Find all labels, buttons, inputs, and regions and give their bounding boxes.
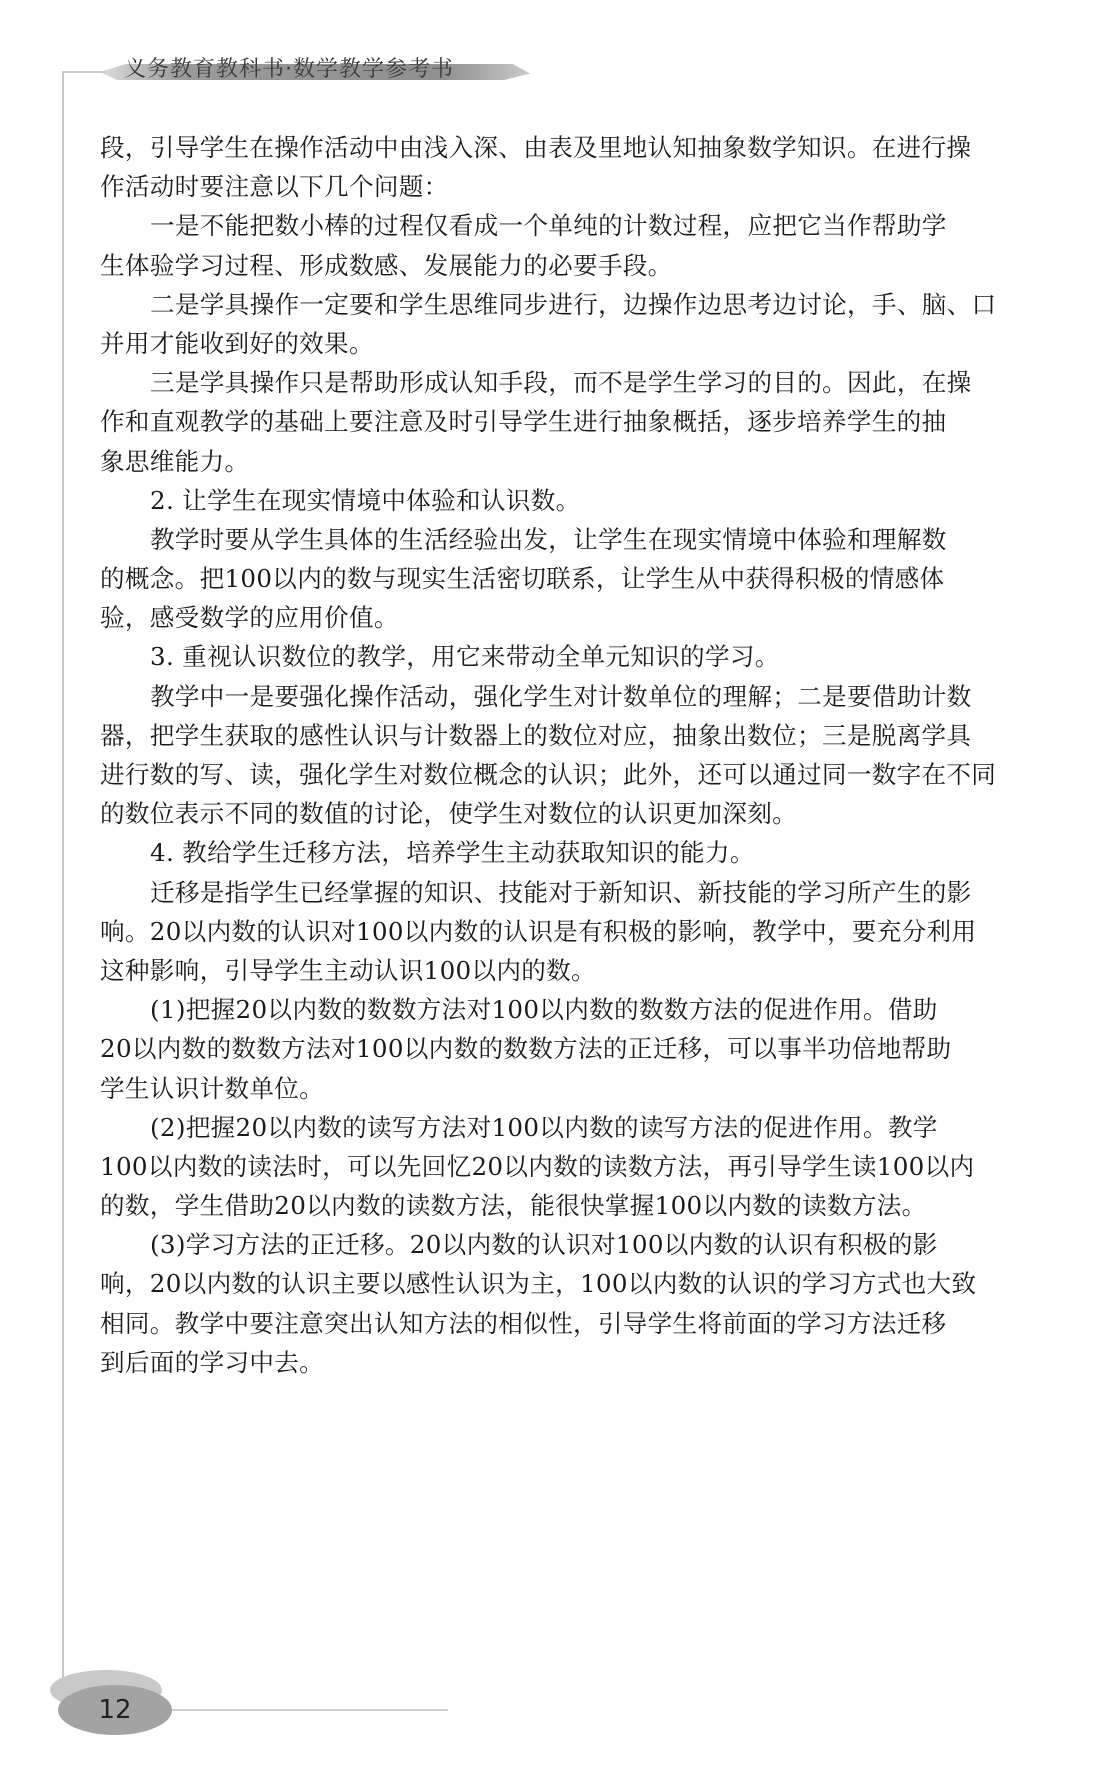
- text-line: 作活动时要注意以下几个问题：: [100, 167, 1090, 206]
- text-line: (2)把握20以内数的读写方法对100以内数的读写方法的促进作用。教学: [100, 1108, 1090, 1147]
- text-line: 响。20以内数的认识对100以内数的认识是有积极的影响，教学中，要充分利用: [100, 912, 1090, 951]
- text-line: 迁移是指学生已经掌握的知识、技能对于新知识、新技能的学习所产生的影: [100, 873, 1090, 912]
- page-number: 12: [58, 1685, 172, 1735]
- text-line: 的概念。把100以内的数与现实生活密切联系，让学生从中获得积极的情感体: [100, 559, 1090, 598]
- text-line: 一是不能把数小棒的过程仅看成一个单纯的计数过程，应把它当作帮助学: [100, 206, 1090, 245]
- text-line: 的数位表示不同的数值的讨论，使学生对数位的认识更加深刻。: [100, 794, 1090, 833]
- text-line: 三是学具操作只是帮助形成认知手段，而不是学生学习的目的。因此，在操: [100, 363, 1090, 402]
- text-line: 教学中一是要强化操作活动，强化学生对计数单位的理解；二是要借助计数: [100, 677, 1090, 716]
- section-heading: 2. 让学生在现实情境中体验和认识数。: [100, 481, 1090, 520]
- frame-left-line: [62, 71, 64, 1681]
- section-heading: 4. 教给学生迁移方法，培养学生主动获取知识的能力。: [100, 833, 1090, 872]
- text-line: 到后面的学习中去。: [100, 1343, 1090, 1382]
- text-line: 学生认识计数单位。: [100, 1069, 1090, 1108]
- text-line: (3)学习方法的正迁移。20以内数的认识对100以内数的认识有积极的影: [100, 1225, 1090, 1264]
- text-line: 象思维能力。: [100, 442, 1090, 481]
- text-line: 段，引导学生在操作活动中由浅入深、由表及里地认知抽象数学知识。在进行操: [100, 128, 1090, 167]
- frame-bottom-line: [168, 1709, 448, 1711]
- text-line: 验，感受数学的应用价值。: [100, 598, 1090, 637]
- frame-top-line: [62, 71, 106, 73]
- text-line: 100以内数的读法时，可以先回忆20以内数的读数方法，再引导学生读100以内: [100, 1147, 1090, 1186]
- text-line: 的数，学生借助20以内数的读数方法，能很快掌握100以内数的读数方法。: [100, 1186, 1090, 1225]
- section-heading: 3. 重视认识数位的教学，用它来带动全单元知识的学习。: [100, 637, 1090, 676]
- text-line: 器，把学生获取的感性认识与计数器上的数位对应，抽象出数位；三是脱离学具: [100, 716, 1090, 755]
- text-line: 并用才能收到好的效果。: [100, 324, 1090, 363]
- text-line: 响，20以内数的认识主要以感性认识为主，100以内数的认识的学习方式也大致: [100, 1264, 1090, 1303]
- text-line: 教学时要从学生具体的生活经验出发，让学生在现实情境中体验和理解数: [100, 520, 1090, 559]
- text-line: 20以内数的数数方法对100以内数的数数方法的正迁移，可以事半功倍地帮助: [100, 1029, 1090, 1068]
- text-line: (1)把握20以内数的数数方法对100以内数的数数方法的促进作用。借助: [100, 990, 1090, 1029]
- text-line: 生体验学习过程、形成数感、发展能力的必要手段。: [100, 246, 1090, 285]
- running-header: 义务教育教科书·数学教学参考书: [100, 52, 530, 86]
- header-title: 义务教育教科书·数学教学参考书: [124, 52, 454, 83]
- text-line: 作和直观教学的基础上要注意及时引导学生进行抽象概括，逐步培养学生的抽: [100, 402, 1090, 441]
- text-line: 二是学具操作一定要和学生思维同步进行，边操作边思考边讨论，手、脑、口: [100, 285, 1090, 324]
- text-line: 这种影响，引导学生主动认识100以内的数。: [100, 951, 1090, 990]
- text-line: 相同。教学中要注意突出认知方法的相似性，引导学生将前面的学习方法迁移: [100, 1304, 1090, 1343]
- text-line: 进行数的写、读，强化学生对数位概念的认识；此外，还可以通过同一数字在不同: [100, 755, 1090, 794]
- body-text: 段，引导学生在操作活动中由浅入深、由表及里地认知抽象数学知识。在进行操 作活动时…: [100, 128, 1090, 1382]
